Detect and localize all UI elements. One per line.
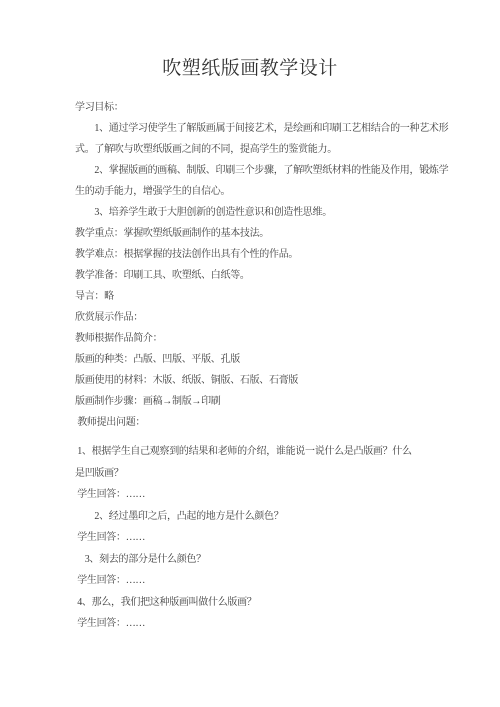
text-line: 教学难点：根据掌握的技法创作出具有个性的作品。	[75, 244, 500, 265]
text-line: 学生回答：……	[75, 613, 500, 635]
text-line: 学生回答：……	[75, 570, 500, 592]
text-line: 生的动手能力，增强学生的自信心。	[75, 181, 500, 202]
document-title: 吹塑纸版画教学设计	[0, 0, 500, 81]
text-line: 欣赏展示作品：	[75, 307, 500, 328]
text-line: 教学准备：印刷工具、吹塑纸、白纸等。	[75, 265, 500, 286]
document-page: 吹塑纸版画教学设计 学习目标： 1、通过学习使学生了解版画属于间接艺术，是绘画和…	[0, 0, 500, 707]
text-line: 版画的种类：凸版、凹版、平版、孔版	[75, 349, 500, 370]
text-line: 教学重点：掌握吹塑纸版画制作的基本技法。	[75, 223, 500, 244]
text-line: 教师提出问题：	[75, 412, 500, 433]
text-line: 学习目标：	[75, 97, 500, 118]
text-line: 3、培养学生敢于大胆创新的创造性意识和创造性思维。	[75, 202, 500, 223]
text-line: 式。了解吹与吹塑纸版画之间的不同，提高学生的鉴赏能力。	[75, 139, 500, 160]
text-line: 导言：略	[75, 286, 500, 307]
document-questions: 1、根据学生自己观察到的结果和老师的介绍，谁能说一说什么是凸版画？什么是凹版画？…	[0, 441, 500, 635]
text-line: 2、经过墨印之后，凸起的地方是什么颜色？	[75, 506, 500, 528]
text-line: 学生回答：……	[75, 484, 500, 506]
text-line: 4、那么，我们把这种版画叫做什么版画？	[75, 592, 500, 614]
text-line: 版画使用的材料：木版、纸版、铜版、石版、石膏版	[75, 370, 500, 391]
text-line: 版画制作步骤：画稿→制版→印刷	[75, 391, 500, 412]
document-body: 学习目标： 1、通过学习使学生了解版画属于间接艺术，是绘画和印刷工艺相结合的一种…	[0, 97, 500, 433]
text-line: 3、刻去的部分是什么颜色？	[75, 549, 500, 571]
text-line: 1、根据学生自己观察到的结果和老师的介绍，谁能说一说什么是凸版画？什么	[75, 441, 500, 463]
text-line: 是凹版画？	[75, 463, 500, 485]
text-line: 1、通过学习使学生了解版画属于间接艺术，是绘画和印刷工艺相结合的一种艺术形	[75, 118, 500, 139]
text-line: 学生回答：……	[75, 527, 500, 549]
text-line: 教师根据作品简介：	[75, 328, 500, 349]
text-line: 2、掌握版画的画稿、制版、印刷三个步骤，了解吹塑纸材料的性能及作用，锻炼学	[75, 160, 500, 181]
